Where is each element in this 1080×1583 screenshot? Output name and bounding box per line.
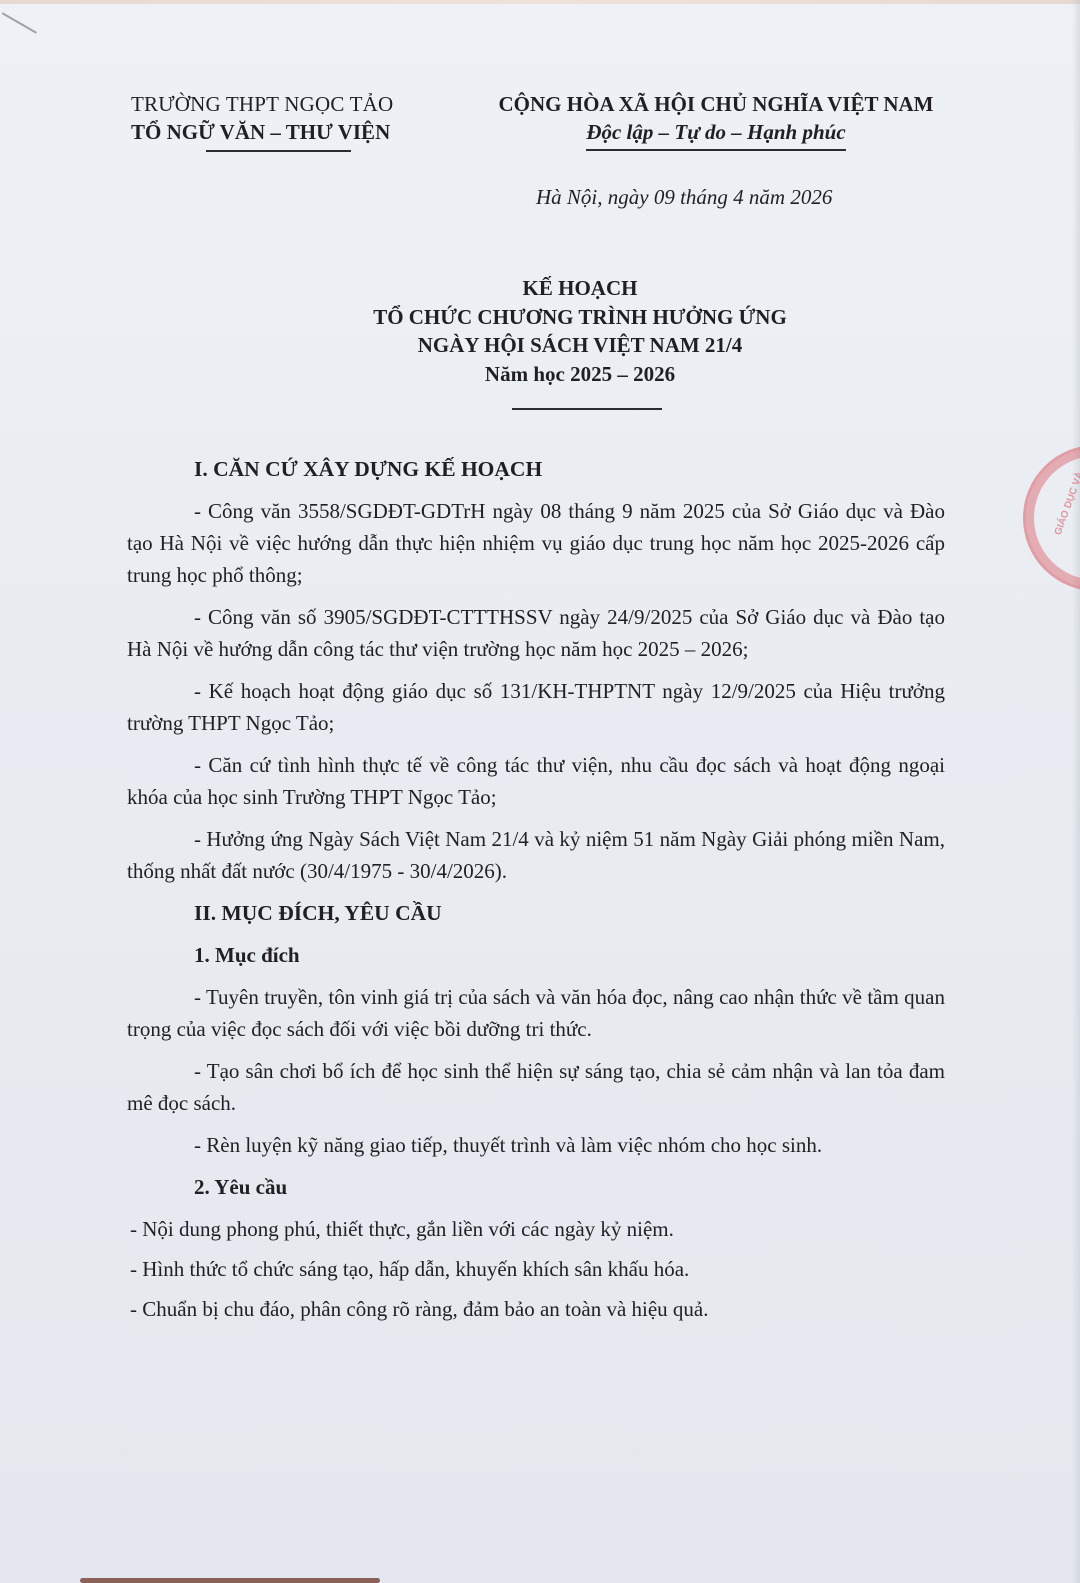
- bottom-edge-object: [80, 1578, 380, 1583]
- page-edge-shadow: [1072, 0, 1080, 1583]
- title-line-3: NGÀY HỘI SÁCH VIỆT NAM 21/4: [180, 331, 980, 360]
- basis-paragraph: - Kế hoạch hoạt động giáo dục số 131/KH-…: [127, 675, 945, 739]
- national-motto: Độc lập – Tự do – Hạnh phúc: [586, 118, 845, 151]
- department-name: TỔ NGỮ VĂN – THƯ VIỆN: [131, 118, 431, 146]
- requirement-item: - Chuẩn bị chu đáo, phân công rõ ràng, đ…: [127, 1293, 945, 1325]
- title-line-4: Năm học 2025 – 2026: [180, 360, 980, 389]
- section-2-heading: II. MỤC ĐÍCH, YÊU CẦU: [127, 897, 945, 929]
- purpose-paragraph: - Tạo sân chơi bổ ích để học sinh thể hi…: [127, 1055, 945, 1119]
- section-1-heading: I. CĂN CỨ XÂY DỰNG KẾ HOẠCH: [127, 453, 945, 485]
- red-seal-stamp: GIÁO DỤC VÀ: [1023, 445, 1080, 591]
- purpose-heading: 1. Mục đích: [127, 939, 945, 971]
- document-body: I. CĂN CỨ XÂY DỰNG KẾ HOẠCH - Công văn 3…: [127, 453, 945, 1333]
- national-header: CỘNG HÒA XÃ HỘI CHỦ NGHĨA VIỆT NAM Độc l…: [456, 90, 976, 151]
- basis-paragraph: - Căn cứ tình hình thực tế về công tác t…: [127, 749, 945, 813]
- title-line-1: KẾ HOẠCH: [180, 274, 980, 303]
- purpose-paragraph: - Tuyên truyền, tôn vinh giá trị của sác…: [127, 981, 945, 1045]
- title-underline: [512, 408, 662, 410]
- page-top-edge: [0, 0, 1080, 4]
- requirement-item: - Nội dung phong phú, thiết thực, gắn li…: [127, 1213, 945, 1245]
- pen-mark: [2, 12, 38, 34]
- purpose-paragraph: - Rèn luyện kỹ năng giao tiếp, thuyết tr…: [127, 1129, 945, 1161]
- issuer-header: TRƯỜNG THPT NGỌC TẢO TỔ NGỮ VĂN – THƯ VI…: [131, 90, 431, 146]
- requirements-heading: 2. Yêu cầu: [127, 1171, 945, 1203]
- nation-name: CỘNG HÒA XÃ HỘI CHỦ NGHĨA VIỆT NAM: [456, 90, 976, 118]
- basis-paragraph: - Công văn 3558/SGDĐT-GDTrH ngày 08 thán…: [127, 495, 945, 591]
- title-line-2: TỔ CHỨC CHƯƠNG TRÌNH HƯỞNG ỨNG: [180, 303, 980, 332]
- document-title: KẾ HOẠCH TỔ CHỨC CHƯƠNG TRÌNH HƯỞNG ỨNG …: [180, 274, 980, 388]
- requirement-item: - Hình thức tổ chức sáng tạo, hấp dẫn, k…: [127, 1253, 945, 1285]
- school-name: TRƯỜNG THPT NGỌC TẢO: [131, 90, 431, 118]
- stamp-text: GIÁO DỤC VÀ: [1053, 470, 1080, 536]
- basis-paragraph: - Công văn số 3905/SGDĐT-CTTTHSSV ngày 2…: [127, 601, 945, 665]
- issuer-underline: [206, 150, 351, 152]
- basis-paragraph: - Hưởng ứng Ngày Sách Việt Nam 21/4 và k…: [127, 823, 945, 887]
- dateline: Hà Nội, ngày 09 tháng 4 năm 2026: [536, 183, 936, 211]
